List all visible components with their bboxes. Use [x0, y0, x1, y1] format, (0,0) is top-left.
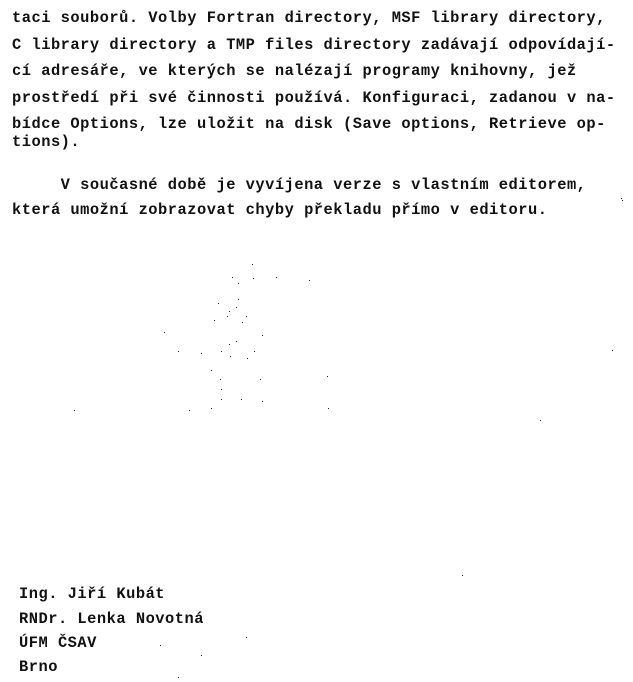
text-line: bídce Options, lze uložit na disk (Save …: [12, 115, 606, 133]
text-line: C library directory a TMP files director…: [12, 36, 616, 54]
institution: ÚFM ČSAV: [19, 634, 97, 652]
author-1: Ing. Jiří Kubát: [19, 585, 165, 603]
text-line: která umožní zobrazovat chyby překladu p…: [12, 201, 547, 219]
text-line: prostředí při své činnosti používá. Konf…: [12, 89, 616, 107]
text-line: cí adresáře, ve kterých se nalézají prog…: [12, 62, 577, 80]
text-line: V současné době je vyvíjena verze s vlas…: [12, 176, 586, 194]
text-line: tions).: [12, 133, 80, 151]
city: Brno: [19, 658, 58, 676]
text-line: taci souborů. Volby Fortran directory, M…: [12, 9, 606, 27]
author-2: RNDr. Lenka Novotná: [19, 610, 204, 628]
